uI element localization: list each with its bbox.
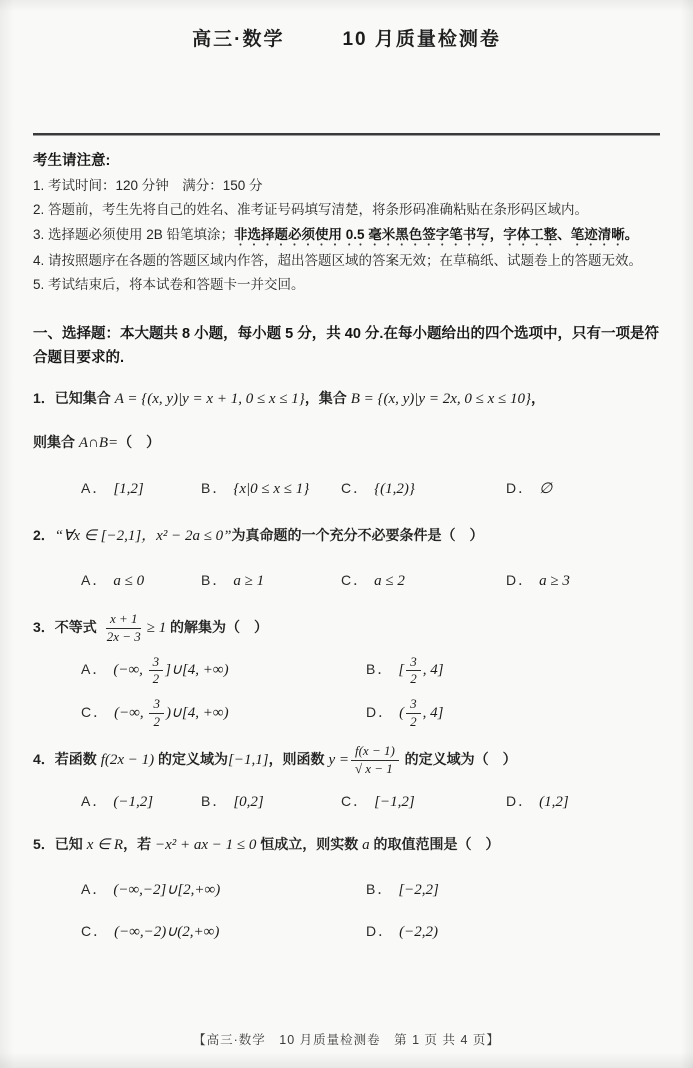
q5-text: 的取值范围是（ ） bbox=[370, 836, 500, 852]
question-5: 5．已知 x ∈ R，若 −x² + ax − 1 ≤ 0 恒成立，则实数 a … bbox=[33, 833, 660, 941]
exam-paper-page: 高三·数学10 月质量检测卷 考生请注意: 1. 考试时间：120 分钟 满分：… bbox=[0, 0, 693, 1068]
footer-page-info: 【高三·数学 10 月质量检测卷 第 1 页 共 4 页】 bbox=[193, 1033, 500, 1047]
option-a: A．a ≤ 0 bbox=[81, 570, 201, 590]
option-d: D．(32, 4] bbox=[366, 697, 660, 730]
question-2-stem: 2．“∀x ∈ [−2,1]，x² − 2a ≤ 0”为真命题的一个充分不必要条… bbox=[33, 524, 660, 550]
fraction: 32 bbox=[406, 697, 421, 730]
notice-item-4: 4. 请按照题序在各题的答题区域内作答，超出答题区域的答案无效；在草稿纸、试题卷… bbox=[33, 249, 660, 273]
q4-text: 的定义域为（ ） bbox=[401, 751, 517, 767]
q5-text: 恒成立，则实数 bbox=[256, 836, 362, 852]
question-2-options: A．a ≤ 0 B．a ≥ 1 C．a ≤ 2 D．a ≥ 3 bbox=[33, 570, 660, 590]
option-d: D．(−2,2) bbox=[366, 921, 660, 941]
question-5-options-row-2: C．(−∞,−2)∪(2,+∞) D．(−2,2) bbox=[33, 921, 660, 941]
q1-text: ， bbox=[531, 390, 545, 406]
q5-variable-a: a bbox=[362, 837, 370, 853]
exam-paper-title: 10 月质量检测卷 bbox=[342, 29, 500, 50]
option-b: B．[−2,2] bbox=[366, 879, 660, 899]
q4-text: ，则函数 bbox=[269, 751, 329, 767]
question-4-stem: 4．若函数 f(2x − 1) 的定义域为[−1,1]，则函数 y =f(x −… bbox=[33, 744, 660, 777]
option-b: B．[32, 4] bbox=[366, 655, 660, 688]
q5-text: ，若 bbox=[123, 836, 155, 852]
q2-proposition: “∀x ∈ [−2,1]，x² − 2a ≤ 0” bbox=[55, 528, 232, 544]
question-3-options-row-1: A．(−∞, 32]∪[4, +∞) B．[32, 4] bbox=[33, 655, 660, 688]
notice-item-3: 3. 选择题必须使用 2B 铅笔填涂；非选择题必须使用 0.5 毫米黑色签字笔书… bbox=[33, 223, 660, 249]
q1-text: 1．已知集合 bbox=[33, 390, 115, 406]
question-3-stem: 3．不等式 x + 12x − 3≥ 1 的解集为（ ） bbox=[33, 612, 660, 645]
q4-fraction: f(x − 1)√x − 1 bbox=[351, 744, 399, 777]
option-c: C．(−∞, 32)∪[4, +∞) bbox=[81, 697, 366, 730]
question-3-options-row-2: C．(−∞, 32)∪[4, +∞) D．(32, 4] bbox=[33, 697, 660, 730]
option-a: A．(−1,2] bbox=[81, 791, 201, 811]
q4-y-equals: y = bbox=[328, 752, 349, 768]
option-c: C．(−∞,−2)∪(2,+∞) bbox=[81, 921, 366, 941]
question-1-stem-line-2: 则集合 A∩B=（ ） bbox=[33, 431, 660, 457]
question-1-stem: 1．已知集合 A = {(x, y)|y = x + 1, 0 ≤ x ≤ 1}… bbox=[33, 387, 660, 413]
q1-text: ，集合 bbox=[305, 390, 351, 406]
q1-set-b: B = {(x, y)|y = 2x, 0 ≤ x ≤ 10} bbox=[351, 391, 531, 407]
q1-text: 则集合 bbox=[33, 434, 79, 450]
fraction: 32 bbox=[149, 655, 164, 688]
option-b: B．a ≥ 1 bbox=[201, 570, 341, 590]
q3-inequality: ≥ 1 bbox=[147, 620, 170, 636]
q3-fraction: x + 12x − 3 bbox=[103, 612, 145, 645]
question-3: 3．不等式 x + 12x − 3≥ 1 的解集为（ ） A．(−∞, 32]∪… bbox=[33, 612, 660, 731]
page-footer: 【高三·数学 10 月质量检测卷 第 1 页 共 4 页】 bbox=[0, 1030, 693, 1048]
page-content: 高三·数学10 月质量检测卷 考生请注意: 1. 考试时间：120 分钟 满分：… bbox=[0, 0, 693, 941]
q2-number: 2． bbox=[33, 527, 55, 543]
q5-inequality: −x² + ax − 1 ≤ 0 bbox=[155, 837, 256, 853]
notice-section: 考生请注意: 1. 考试时间：120 分钟 满分：150 分 2. 答题前，考生… bbox=[33, 148, 660, 297]
q4-text: 4．若函数 bbox=[33, 751, 101, 767]
q3-text: 的解集为（ ） bbox=[170, 619, 268, 635]
q1-intersection: A∩B= bbox=[79, 435, 118, 451]
section-one-heading: 一、选择题：本大题共 8 小题，每小题 5 分，共 40 分.在每小题给出的四个… bbox=[33, 323, 660, 371]
q2-text: 为真命题的一个充分不必要条件是（ ） bbox=[232, 527, 484, 543]
header-divider bbox=[33, 133, 660, 136]
q5-text: 5．已知 bbox=[33, 836, 87, 852]
option-d: D．a ≥ 3 bbox=[506, 570, 660, 590]
question-5-options-row-1: A．(−∞,−2]∪[2,+∞) B．[−2,2] bbox=[33, 879, 660, 899]
notice-heading: 考生请注意: bbox=[33, 148, 660, 174]
q4-text: 的定义域为 bbox=[154, 751, 228, 767]
option-d: D．(1,2] bbox=[506, 791, 660, 811]
option-c: C．[−1,2] bbox=[341, 791, 506, 811]
question-4: 4．若函数 f(2x − 1) 的定义域为[−1,1]，则函数 y =f(x −… bbox=[33, 744, 660, 811]
option-d: D．∅ bbox=[506, 478, 660, 498]
q5-x-in-r: x ∈ R bbox=[87, 837, 123, 853]
notice-item-2: 2. 答题前，考生先将自己的姓名、准考证号码填写清楚，将条形码准确粘贴在条形码区… bbox=[33, 198, 660, 222]
option-b: B．{x|0 ≤ x ≤ 1} bbox=[201, 478, 341, 498]
sqrt-symbol: √ bbox=[355, 761, 362, 776]
option-b: B．[0,2] bbox=[201, 791, 341, 811]
question-1-options: A．[1,2] B．{x|0 ≤ x ≤ 1} C．{(1,2)} D．∅ bbox=[33, 478, 660, 498]
option-c: C．a ≤ 2 bbox=[341, 570, 506, 590]
option-a: A．(−∞,−2]∪[2,+∞) bbox=[81, 879, 366, 899]
fraction: 32 bbox=[149, 697, 164, 730]
q1-set-a: A = {(x, y)|y = x + 1, 0 ≤ x ≤ 1} bbox=[115, 391, 305, 407]
option-c: C．{(1,2)} bbox=[341, 478, 506, 498]
q4-domain: [−1,1] bbox=[228, 752, 269, 768]
notice-item-3-emphasis: 非选择题必须使用 0.5 毫米黑色签字笔书写，字体工整、笔迹清晰。 bbox=[234, 227, 638, 242]
notice-item-1: 1. 考试时间：120 分钟 满分：150 分 bbox=[33, 174, 660, 198]
q1-answer-blank: （ ） bbox=[118, 434, 160, 450]
q3-text: 3．不等式 bbox=[33, 619, 101, 635]
fraction: 32 bbox=[406, 655, 421, 688]
notice-item-5: 5. 考试结束后，将本试卷和答题卡一并交回。 bbox=[33, 273, 660, 297]
question-5-stem: 5．已知 x ∈ R，若 −x² + ax − 1 ≤ 0 恒成立，则实数 a … bbox=[33, 833, 660, 859]
question-4-options: A．(−1,2] B．[0,2] C．[−1,2] D．(1,2] bbox=[33, 791, 660, 811]
option-a: A．(−∞, 32]∪[4, +∞) bbox=[81, 655, 366, 688]
question-1: 1．已知集合 A = {(x, y)|y = x + 1, 0 ≤ x ≤ 1}… bbox=[33, 387, 660, 498]
question-2: 2．“∀x ∈ [−2,1]，x² − 2a ≤ 0”为真命题的一个充分不必要条… bbox=[33, 524, 660, 590]
exam-subject-title: 高三·数学 bbox=[192, 29, 284, 50]
notice-item-3-prefix: 3. 选择题必须使用 2B 铅笔填涂； bbox=[33, 227, 234, 242]
page-header: 高三·数学10 月质量检测卷 bbox=[33, 0, 660, 51]
q4-function: f(2x − 1) bbox=[101, 752, 154, 768]
option-a: A．[1,2] bbox=[81, 478, 201, 498]
